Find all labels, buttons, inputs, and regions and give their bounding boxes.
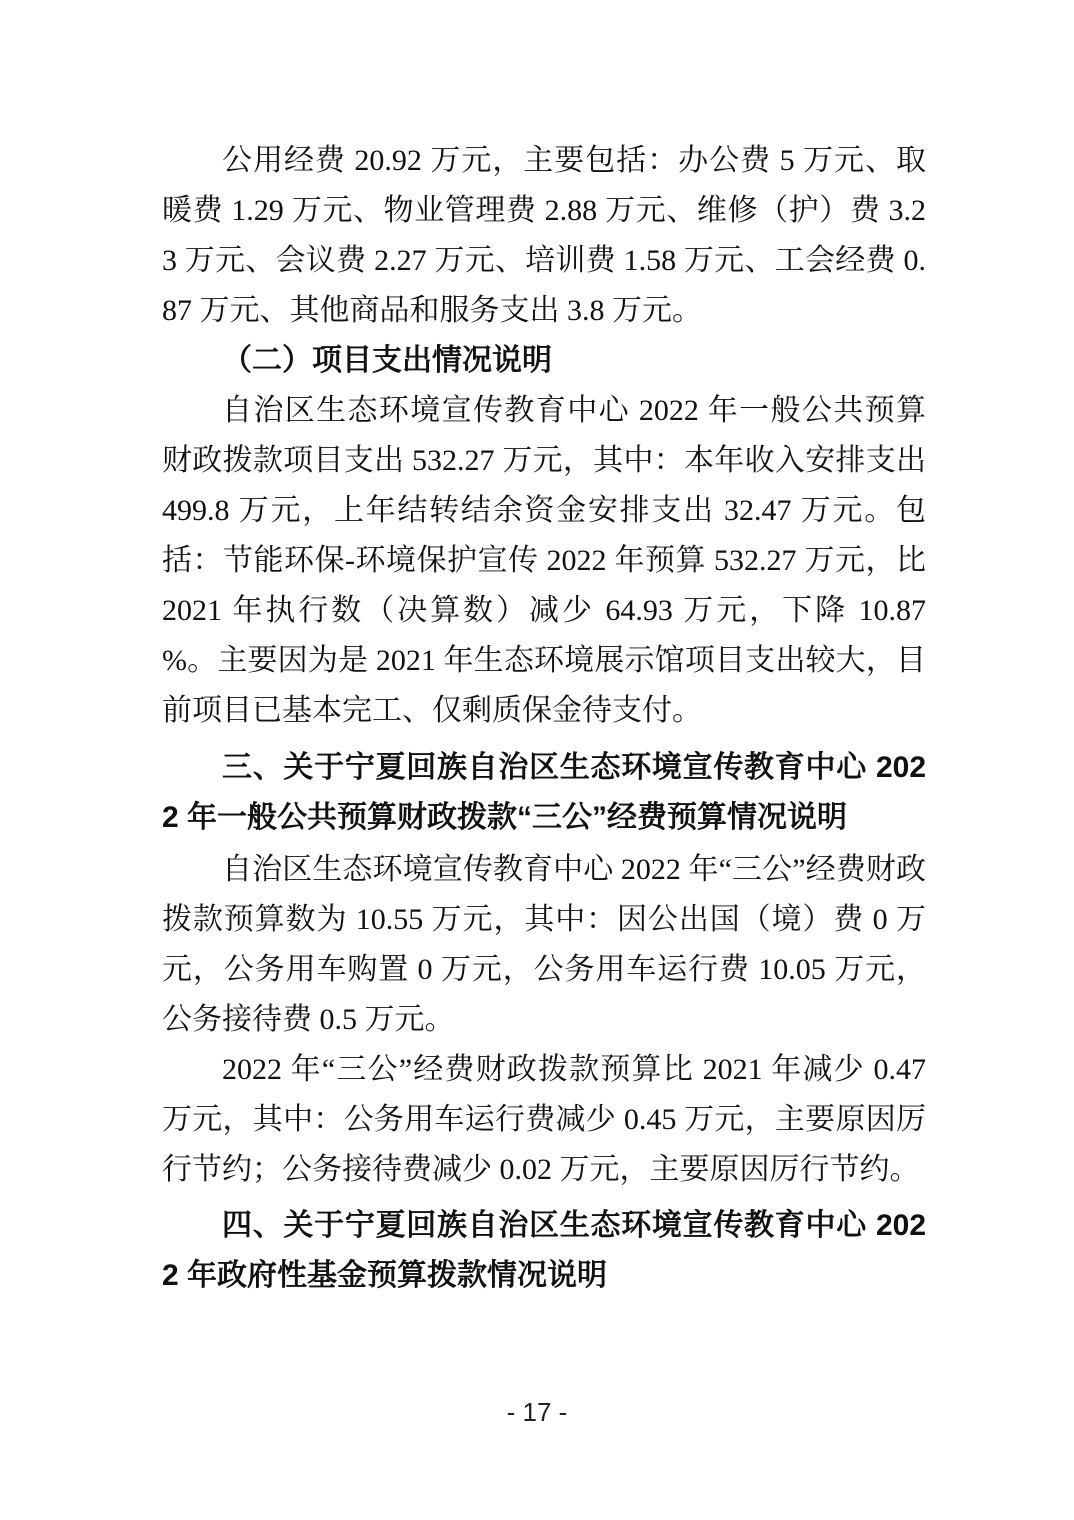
- body-paragraph-three-public-budget: 自治区生态环境宣传教育中心 2022 年“三公”经费财政拨款预算数为 10.55…: [162, 845, 926, 1045]
- page-number: - 17 -: [0, 1396, 1074, 1428]
- document-body: 公用经费 20.92 万元，主要包括：办公费 5 万元、取暖费 1.29 万元、…: [162, 136, 926, 1301]
- document-page: 公用经费 20.92 万元，主要包括：办公费 5 万元、取暖费 1.29 万元、…: [0, 0, 1074, 1520]
- body-paragraph-project-expenditure-detail: 自治区生态环境宣传教育中心 2022 年一般公共预算财政拨款项目支出 532.2…: [162, 386, 926, 736]
- section-heading-three-public-expenses: 三、关于宁夏回族自治区生态环境宣传教育中心 2022 年一般公共预算财政拨款“三…: [162, 743, 926, 843]
- body-paragraph-three-public-decrease: 2022 年“三公”经费财政拨款预算比 2021 年减少 0.47 万元，其中：…: [162, 1045, 926, 1195]
- body-paragraph-public-funds: 公用经费 20.92 万元，主要包括：办公费 5 万元、取暖费 1.29 万元、…: [162, 136, 926, 336]
- section-subheading-project-expenditure: （二）项目支出情况说明: [162, 336, 926, 386]
- section-heading-government-fund-budget: 四、关于宁夏回族自治区生态环境宣传教育中心 2022 年政府性基金预算拨款情况说…: [162, 1201, 926, 1301]
